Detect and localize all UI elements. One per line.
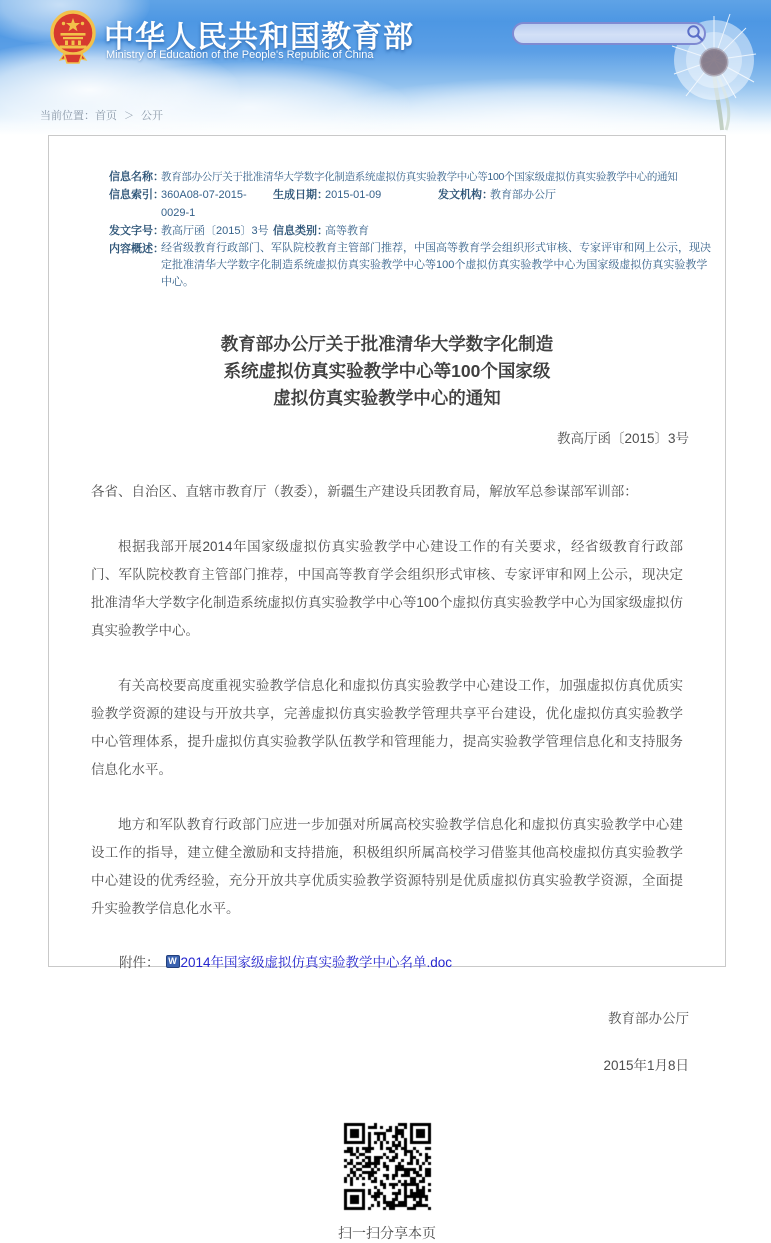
meta-name-label: 信息名称：	[109, 168, 161, 186]
breadcrumb-current-link[interactable]: 公开	[141, 110, 163, 122]
word-doc-icon: W	[166, 955, 180, 968]
search-box[interactable]	[512, 22, 706, 45]
document-meta-table: 信息名称： 教育部办公厅关于批准清华大学数字化制造系统虚拟仿真实验教学中心等10…	[109, 168, 715, 291]
meta-date-value: 2015-01-09	[325, 186, 438, 222]
content-panel: 信息名称： 教育部办公厅关于批准清华大学数字化制造系统虚拟仿真实验教学中心等10…	[48, 135, 726, 967]
notice-paragraph-3: 地方和军队教育行政部门应进一步加强对所属高校实验教学信息化和虚拟仿真实验教学中心…	[91, 811, 683, 923]
meta-summary-label: 内容概述：	[109, 240, 161, 291]
meta-summary-value: 经省级教育行政部门、军队院校教育主管部门推荐，中国高等教育学会组织形式审核、专家…	[161, 240, 715, 291]
meta-row-summary: 内容概述： 经省级教育行政部门、军队院校教育主管部门推荐，中国高等教育学会组织形…	[109, 240, 715, 291]
notice-title-line1: 教育部办公厅关于批准清华大学数字化制造	[49, 331, 725, 358]
site-subtitle: Ministry of Education of the People's Re…	[106, 49, 373, 61]
breadcrumb-label: 当前位置：	[40, 110, 95, 122]
meta-row-docno: 发文字号： 教高厅函〔2015〕3号 信息类别： 高等教育	[109, 222, 715, 240]
meta-issuer-value: 教育部办公厅	[490, 186, 715, 222]
meta-name-value: 教育部办公厅关于批准清华大学数字化制造系统虚拟仿真实验教学中心等100个国家级虚…	[161, 168, 715, 186]
notice-paragraph-2: 有关高校要高度重视实验教学信息化和虚拟仿真实验教学中心建设工作，加强虚拟仿真优质…	[91, 672, 683, 784]
notice-title: 教育部办公厅关于批准清华大学数字化制造 系统虚拟仿真实验教学中心等100个国家级…	[49, 331, 725, 412]
attachment-row: 附件： W 2014年国家级虚拟仿真实验教学中心名单.doc	[119, 951, 683, 967]
meta-docno-label: 发文字号：	[109, 222, 161, 240]
site-logo[interactable]	[50, 10, 96, 70]
notice-salutation: 各省、自治区、直辖市教育厅（教委），新疆生产建设兵团教育局，解放军总参谋部军训部…	[91, 478, 683, 506]
national-emblem-icon	[50, 10, 96, 70]
breadcrumb-separator: ＞	[124, 111, 134, 122]
search-input[interactable]	[514, 24, 685, 43]
meta-category-label: 信息类别：	[273, 222, 325, 240]
breadcrumb: 当前位置：首页＞公开	[40, 107, 163, 123]
meta-index-value: 360A08-07-2015-0029-1	[161, 186, 273, 222]
meta-docno-value: 教高厅函〔2015〕3号	[161, 222, 273, 240]
meta-date-label: 生成日期：	[273, 186, 325, 222]
attachment-label: 附件：	[119, 951, 160, 967]
notice-doc-number: 教高厅函〔2015〕3号	[49, 427, 689, 447]
meta-index-label: 信息索引：	[109, 186, 161, 222]
attachment-link[interactable]: 2014年国家级虚拟仿真实验教学中心名单.doc	[181, 951, 453, 967]
meta-issuer-label: 发文机构：	[438, 186, 490, 222]
search-button[interactable]	[685, 24, 704, 43]
meta-row-index: 信息索引： 360A08-07-2015-0029-1 生成日期： 2015-0…	[109, 186, 715, 222]
meta-row-name: 信息名称： 教育部办公厅关于批准清华大学数字化制造系统虚拟仿真实验教学中心等10…	[109, 168, 715, 186]
notice-paragraph-1: 根据我部开展2014年国家级虚拟仿真实验教学中心建设工作的有关要求，经省级教育行…	[91, 533, 683, 645]
notice-title-line2: 系统虚拟仿真实验教学中心等100个国家级	[49, 358, 725, 385]
meta-category-value: 高等教育	[325, 222, 715, 240]
notice-title-line3: 虚拟仿真实验教学中心的通知	[49, 385, 725, 412]
search-icon	[686, 24, 704, 42]
cloud-decoration	[90, 62, 410, 135]
breadcrumb-home-link[interactable]: 首页	[95, 110, 117, 122]
